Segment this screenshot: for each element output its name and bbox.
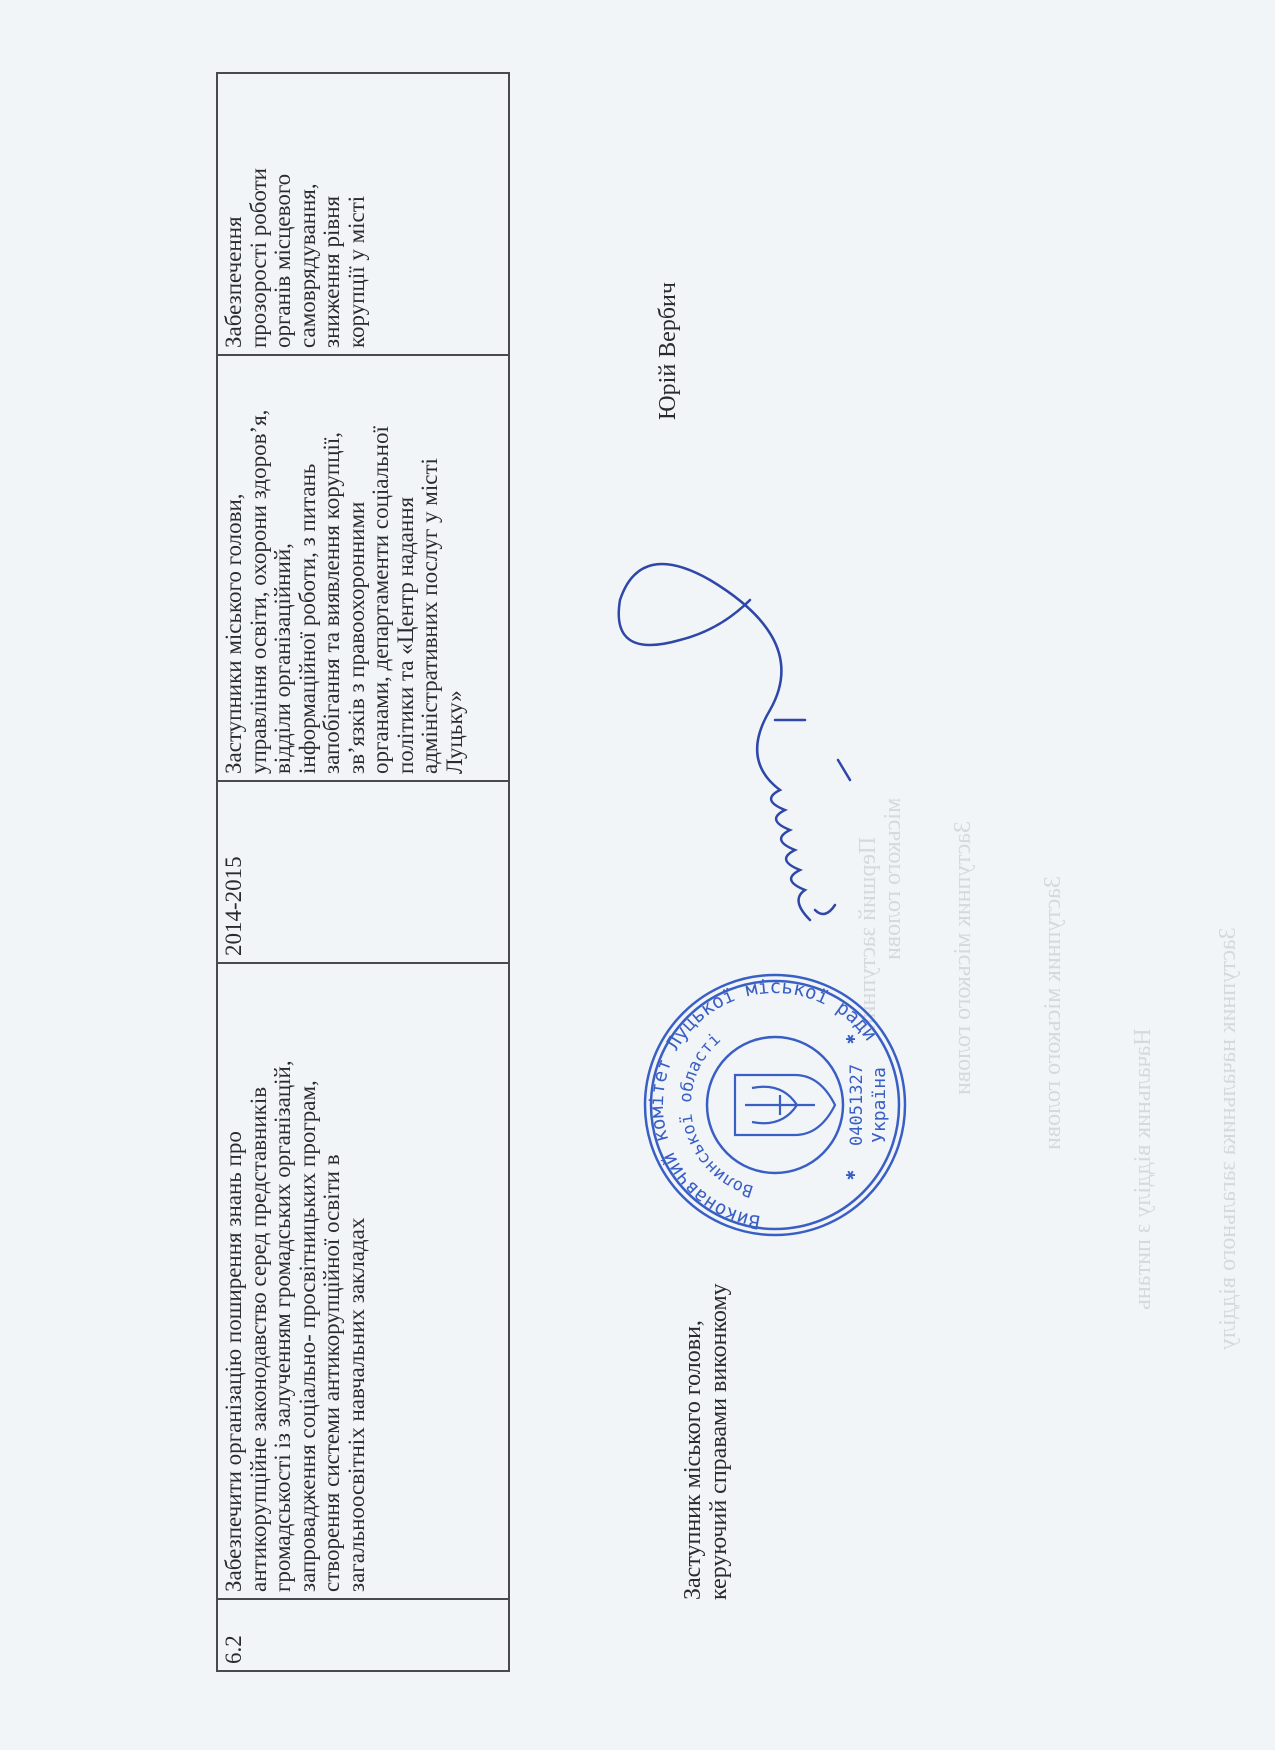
svg-text:✱: ✱ [840, 1170, 859, 1180]
table-row: 6.2 Забезпечити організацію поширення зн… [217, 73, 509, 1671]
bleed-through-text: міського голови [880, 798, 907, 960]
bleed-through-text: Заступник міського голови [950, 821, 977, 1095]
trident-icon [735, 1075, 835, 1135]
task-cell: Забезпечити організацію поширення знань … [217, 963, 509, 1599]
svg-text:✱: ✱ [840, 1034, 859, 1044]
row-number: 6.2 [217, 1599, 509, 1671]
stamp-country: Україна [869, 1067, 890, 1143]
document-page: Перший заступник міського голови Заступн… [0, 0, 1275, 1750]
bleed-through-text: Заступник міського голови [1040, 876, 1067, 1150]
dates-cell: 2014-2015 [217, 781, 509, 963]
bleed-through-text: Заступник начальника загального відділу [1215, 927, 1242, 1350]
handwritten-signature [560, 510, 860, 930]
executors-cell: Заступники міського голови, управління о… [217, 355, 509, 781]
official-stamp: Виконавчий комітет Луцької міської ради … [640, 970, 910, 1240]
measures-table: 6.2 Забезпечити організацію поширення зн… [216, 72, 510, 1672]
signatory-name: Юрій Вербич [655, 282, 682, 420]
result-cell: Забезпечення прозорості роботи органів м… [217, 73, 509, 355]
stamp-code: 04051327 [847, 1064, 867, 1146]
bleed-through-text: Начальник відділу з питань [1130, 1028, 1157, 1310]
signatory-position: Заступник міського голови, керуючий спра… [680, 1283, 732, 1600]
